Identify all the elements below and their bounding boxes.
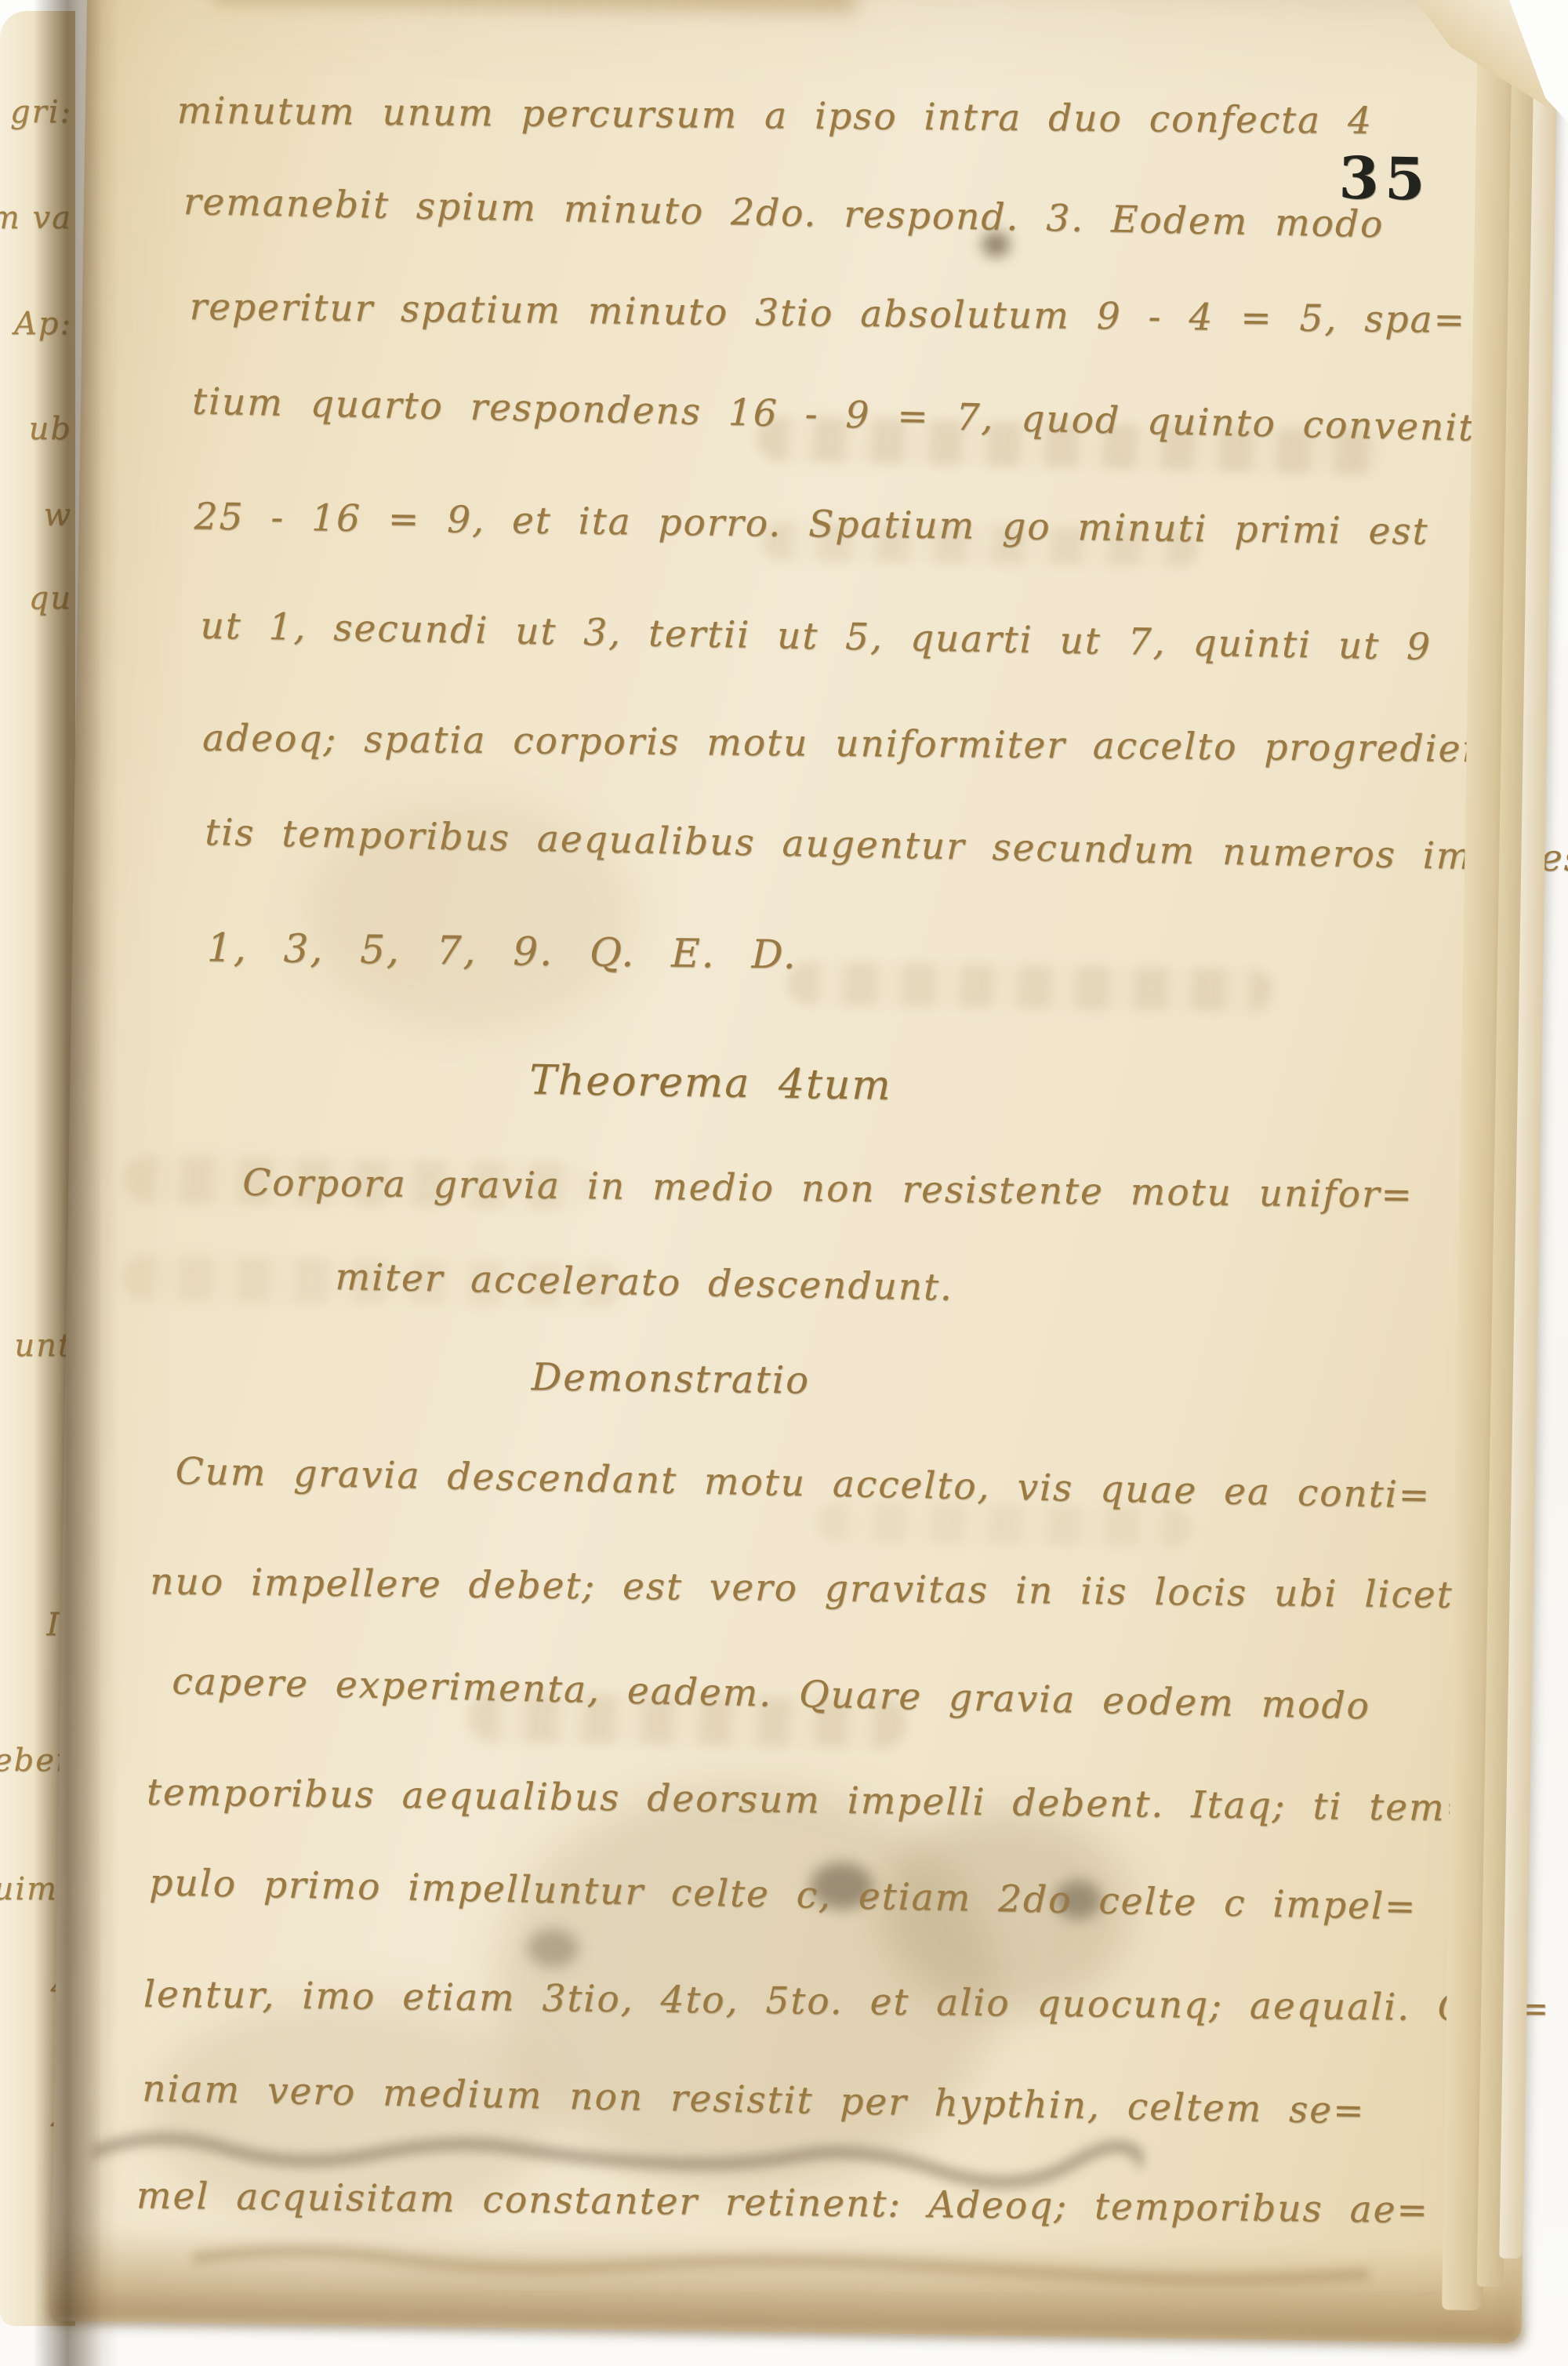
facing-page-fragment: m va bbox=[0, 200, 72, 236]
manuscript-line-9: 1, 3, 5, 7, 9. Q. E. D. bbox=[206, 925, 797, 1007]
facing-page-fragment: gri: bbox=[10, 94, 72, 130]
manuscript-line-3: reperitur spatium minuto 3tio absolutum … bbox=[189, 285, 1466, 374]
manuscript-line-4: tium quarto respondens 16 - 9 = 7, quod … bbox=[191, 380, 1475, 482]
manuscript-line-20: niam vero medium non resistit per hypthi… bbox=[141, 2067, 1366, 2165]
manuscript-line-7: adeoq; spatia corporis motu uniformiter … bbox=[202, 717, 1520, 804]
manuscript-line-21: mel acquisitam constanter retinent: Adeo… bbox=[136, 2174, 1429, 2264]
manuscript-line-5: 25 - 16 = 9, et ita porro. Spatium go mi… bbox=[194, 495, 1429, 585]
manuscript-line-19: lentur, imo etiam 3tio, 4to, 5to. et ali… bbox=[143, 1973, 1551, 2063]
demonstratio-heading: Demonstratio bbox=[43, 1350, 1298, 1441]
manuscript-line-18: pulo primo impelluntur celte c, etiam 2d… bbox=[148, 1861, 1417, 1961]
manuscript-line-12: miter accelerato descendunt. bbox=[334, 1256, 953, 1342]
manuscript-line-2: remanebit spium minuto 2do. respond. 3. … bbox=[183, 180, 1385, 278]
manuscript-page: 35 minutum unum percursum a ipso intra d… bbox=[51, 0, 1559, 2344]
facing-page-fragment: qu bbox=[29, 580, 72, 616]
manuscript-line-17: temporibus aequalibus deorsum impelli de… bbox=[146, 1771, 1478, 1863]
manuscript-line-14: Cum gravia descendant motu accelto, vis … bbox=[174, 1450, 1431, 1550]
manuscript-line-8: tis temporibus aequalibus augentur secun… bbox=[204, 811, 1568, 913]
manuscript-line-1: minutum unum percursum a ipso intra duo … bbox=[176, 89, 1373, 175]
facing-page-fragment: w bbox=[44, 497, 72, 533]
scanned-manuscript: gri:m va2 Ap:ubwquuntI.deberuim!42 35 mi… bbox=[0, 0, 1568, 2366]
facing-page-fragment: ub bbox=[29, 411, 72, 447]
content: minutum unum percursum a ipso intra duo … bbox=[51, 0, 1559, 2344]
manuscript-line-16: capere experimenta, eadem. Quare gravia … bbox=[171, 1659, 1370, 1760]
facing-page-fragment: 2 Ap: bbox=[0, 306, 72, 342]
theorem-heading: Theorema 4tum bbox=[83, 1050, 1338, 1145]
manuscript-line-6: ut 1, secundi ut 3, tertii ut 5, quarti … bbox=[199, 604, 1432, 700]
manuscript-line-15: nuo impellere debet; est vero gravitas i… bbox=[150, 1560, 1454, 1648]
manuscript-line-11: Corpora gravia in medio non resistente m… bbox=[242, 1161, 1414, 1249]
